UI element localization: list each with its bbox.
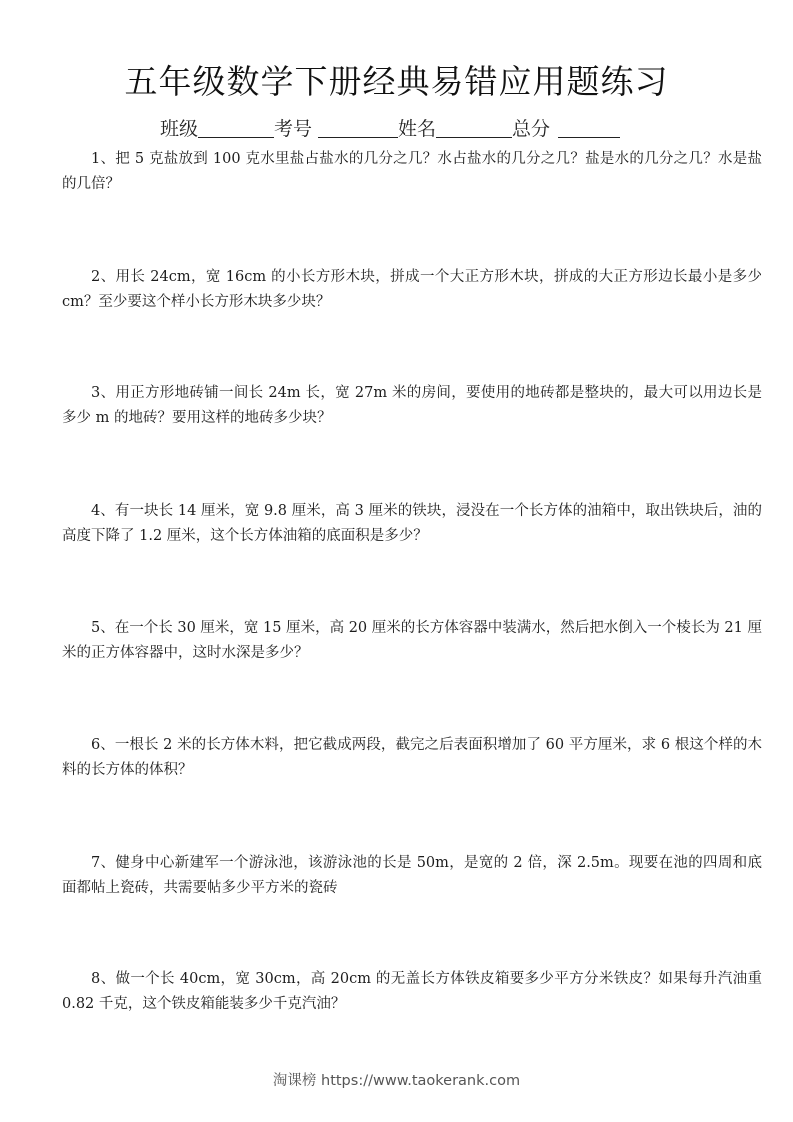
question-2: 2、用长 24cm，宽 16cm 的小长方形木块，拼成一个大正方形木块，拼成的大…	[62, 265, 762, 315]
question-6: 6、一根长 2 米的长方体木料，把它截成两段，截完之后表面积增加了 60 平方厘…	[62, 733, 762, 783]
question-5: 5、在一个长 30 厘米，宽 15 厘米，高 20 厘米的长方体容器中装满水，然…	[62, 616, 762, 666]
class-label: 班级	[160, 117, 198, 141]
question-text: 6、一根长 2 米的长方体木料，把它截成两段，截完之后表面积增加了 60 平方厘…	[62, 733, 762, 783]
question-4: 4、有一块长 14 厘米，宽 9.8 厘米，高 3 厘米的铁块，浸没在一个长方体…	[62, 499, 762, 549]
footer-watermark: 淘课榜 https://www.taokerank.com	[0, 1069, 793, 1090]
page-title: 五年级数学下册经典易错应用题练习	[0, 60, 793, 104]
question-text: 4、有一块长 14 厘米，宽 9.8 厘米，高 3 厘米的铁块，浸没在一个长方体…	[62, 499, 762, 549]
question-7: 7、健身中心新建军一个游泳池，该游泳池的长是 50m，是宽的 2 倍，深 2.5…	[62, 851, 762, 901]
question-1: 1、把 5 克盐放到 100 克水里盐占盐水的几分之几？水占盐水的几分之几？盐是…	[62, 147, 762, 197]
class-blank[interactable]	[198, 115, 274, 138]
exam-number-label: 考号	[274, 117, 312, 141]
question-text: 5、在一个长 30 厘米，宽 15 厘米，高 20 厘米的长方体容器中装满水，然…	[62, 616, 762, 666]
question-3: 3、用正方形地砖铺一间长 24m 长，宽 27m 米的房间，要使用的地砖都是整块…	[62, 381, 762, 431]
exam-number-blank[interactable]	[318, 115, 398, 138]
name-label: 姓名	[398, 117, 436, 141]
total-score-label: 总分	[512, 117, 550, 141]
question-text: 7、健身中心新建军一个游泳池，该游泳池的长是 50m，是宽的 2 倍，深 2.5…	[62, 851, 762, 901]
question-text: 3、用正方形地砖铺一间长 24m 长，宽 27m 米的房间，要使用的地砖都是整块…	[62, 381, 762, 431]
name-blank[interactable]	[436, 115, 512, 138]
question-text: 2、用长 24cm，宽 16cm 的小长方形木块，拼成一个大正方形木块，拼成的大…	[62, 265, 762, 315]
student-info-row: 班级 考号 姓名 总分	[160, 113, 620, 141]
question-text: 8、做一个长 40cm，宽 30cm，高 20cm 的无盖长方体铁皮箱要多少平方…	[62, 967, 762, 1017]
total-score-blank[interactable]	[558, 115, 620, 138]
question-8: 8、做一个长 40cm，宽 30cm，高 20cm 的无盖长方体铁皮箱要多少平方…	[62, 967, 762, 1017]
question-text: 1、把 5 克盐放到 100 克水里盐占盐水的几分之几？水占盐水的几分之几？盐是…	[62, 147, 762, 197]
